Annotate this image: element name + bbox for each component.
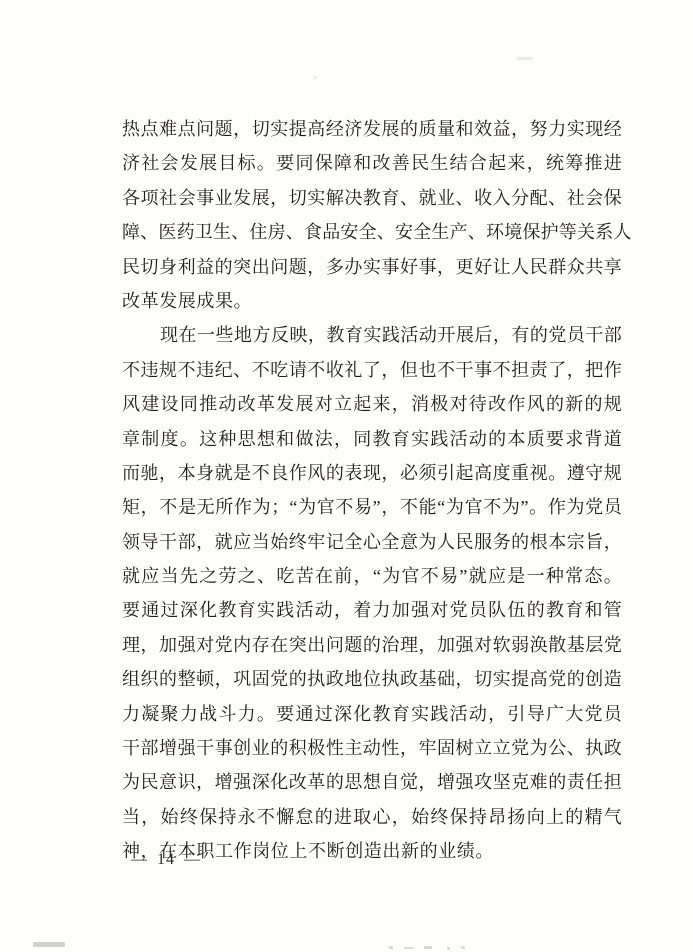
paragraph: 现在一些地方反映，教育实践活动开展后，有的党员干部 不违规不违纪、不吃请不收礼了…: [122, 318, 622, 868]
text-line: 力凝聚力战斗力。要通过深化教育实践活动，引导广大党员: [122, 697, 622, 731]
text-line: 干部增强干事创业的积极性主动性，牢固树立立党为公、执政: [122, 731, 622, 765]
page-number: — 14 —: [131, 851, 201, 869]
text-line: 组织的整顿，巩固党的执政地位执政基础，切实提高党的创造: [122, 662, 622, 696]
scan-artifact: [313, 76, 317, 79]
scan-artifact: [461, 946, 465, 949]
text-line: 当，始终保持永不懈怠的进取心，始终保持昂扬向上的精气: [122, 800, 622, 834]
text-line: 矩，不是无所作为；“为官不易”，不能“为官不为”。作为党员: [122, 490, 622, 524]
text-line: 各项社会事业发展，切实解决教育、就业、收入分配、社会保: [122, 181, 622, 215]
scan-artifact: [404, 947, 414, 949]
scan-artifact: [424, 946, 432, 949]
scan-artifact: [389, 946, 393, 949]
text-line: 民切身利益的突出问题，多办实事好事，更好让人民群众共享: [122, 250, 622, 284]
text-line: 热点难点问题，切实提高经济发展的质量和效益，努力实现经: [122, 112, 622, 146]
paragraph: 热点难点问题，切实提高经济发展的质量和效益，努力实现经 济社会发展目标。要同保障…: [122, 112, 622, 318]
scanned-book-page: 热点难点问题，切实提高经济发展的质量和效益，努力实现经 济社会发展目标。要同保障…: [0, 0, 693, 952]
scan-artifact: [517, 57, 533, 60]
text-block: 热点难点问题，切实提高经济发展的质量和效益，努力实现经 济社会发展目标。要同保障…: [122, 112, 622, 869]
text-line: 理，加强对党内存在突出问题的治理，加强对软弱涣散基层党: [122, 628, 622, 662]
text-line: 领导干部，就应当始终牢记全心全意为人民服务的根本宗旨，: [122, 525, 622, 559]
text-line: 改革发展成果。: [122, 284, 622, 318]
text-line: 就应当先之劳之、吃苦在前，“为官不易”就应是一种常态。: [122, 559, 622, 593]
text-line: 要通过深化教育实践活动，着力加强对党员队伍的教育和管: [122, 593, 622, 627]
scan-artifact: [33, 942, 65, 947]
scan-artifact: [447, 947, 450, 950]
text-line: 障、医药卫生、住房、食品安全、安全生产、环境保护等关系人: [122, 215, 622, 249]
text-line: 风建设同推动改革发展对立起来，消极对待改作风的新的规: [122, 387, 622, 421]
text-line: 济社会发展目标。要同保障和改善民生结合起来，统筹推进: [122, 146, 622, 180]
text-line: 为民意识，增强深化改革的思想自觉，增强攻坚克难的责任担: [122, 765, 622, 799]
text-line: 现在一些地方反映，教育实践活动开展后，有的党员干部: [122, 318, 622, 352]
text-line: 章制度。这种思想和做法，同教育实践活动的本质要求背道: [122, 422, 622, 456]
text-line: 不违规不违纪、不吃请不收礼了，但也不干事不担责了，把作: [122, 353, 622, 387]
text-line: 而驰，本身就是不良作风的表现，必须引起高度重视。遵守规: [122, 456, 622, 490]
